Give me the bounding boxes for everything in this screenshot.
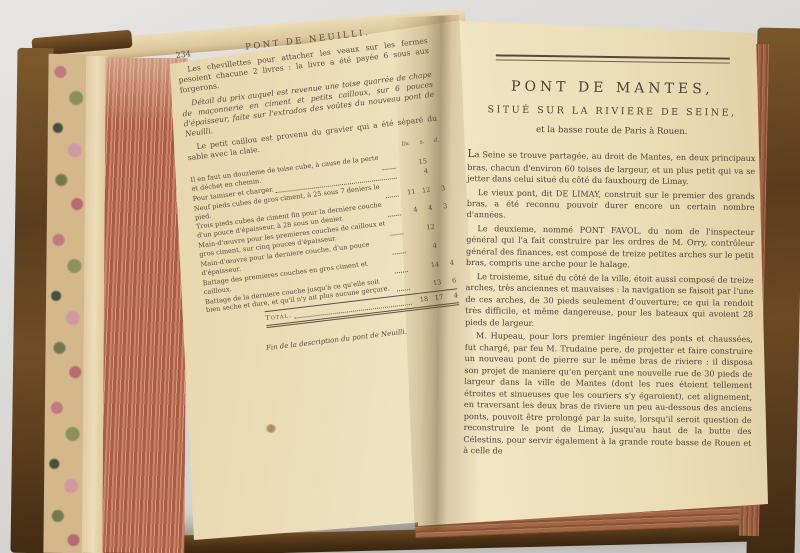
paragraph: La Seine se trouve partagée, au droit de… bbox=[467, 146, 756, 189]
chapter-route-line: et la basse route de Paris à Rouen. bbox=[468, 124, 756, 138]
paragraph: M. Hupeau, pour lors premier ingénieur d… bbox=[463, 330, 753, 460]
paragraph: Le vieux pont, dit DE LIMAY, construit s… bbox=[467, 186, 755, 224]
dotted-leader bbox=[385, 192, 399, 199]
right-page-text: PONT DE MANTES, SITUÉ SUR LA RIVIERE DE … bbox=[463, 54, 757, 463]
chapter-subtitle: SITUÉ SUR LA RIVIERE DE SEINE, bbox=[468, 104, 756, 119]
chapter-title: PONT DE MANTES, bbox=[468, 78, 756, 98]
paragraph: Le deuxieme, nommé PONT FAVOL, du nom de… bbox=[466, 223, 755, 273]
photo-background: 234 PONT DE NEUILLI. Les chevillettes po… bbox=[0, 0, 800, 553]
total-label: Total. bbox=[265, 311, 292, 323]
foxing-spot bbox=[265, 424, 277, 433]
paragraph: Le troisieme, situé du côté de la ville,… bbox=[465, 271, 754, 332]
dotted-leader bbox=[388, 211, 402, 218]
dotted-leader bbox=[382, 163, 396, 170]
